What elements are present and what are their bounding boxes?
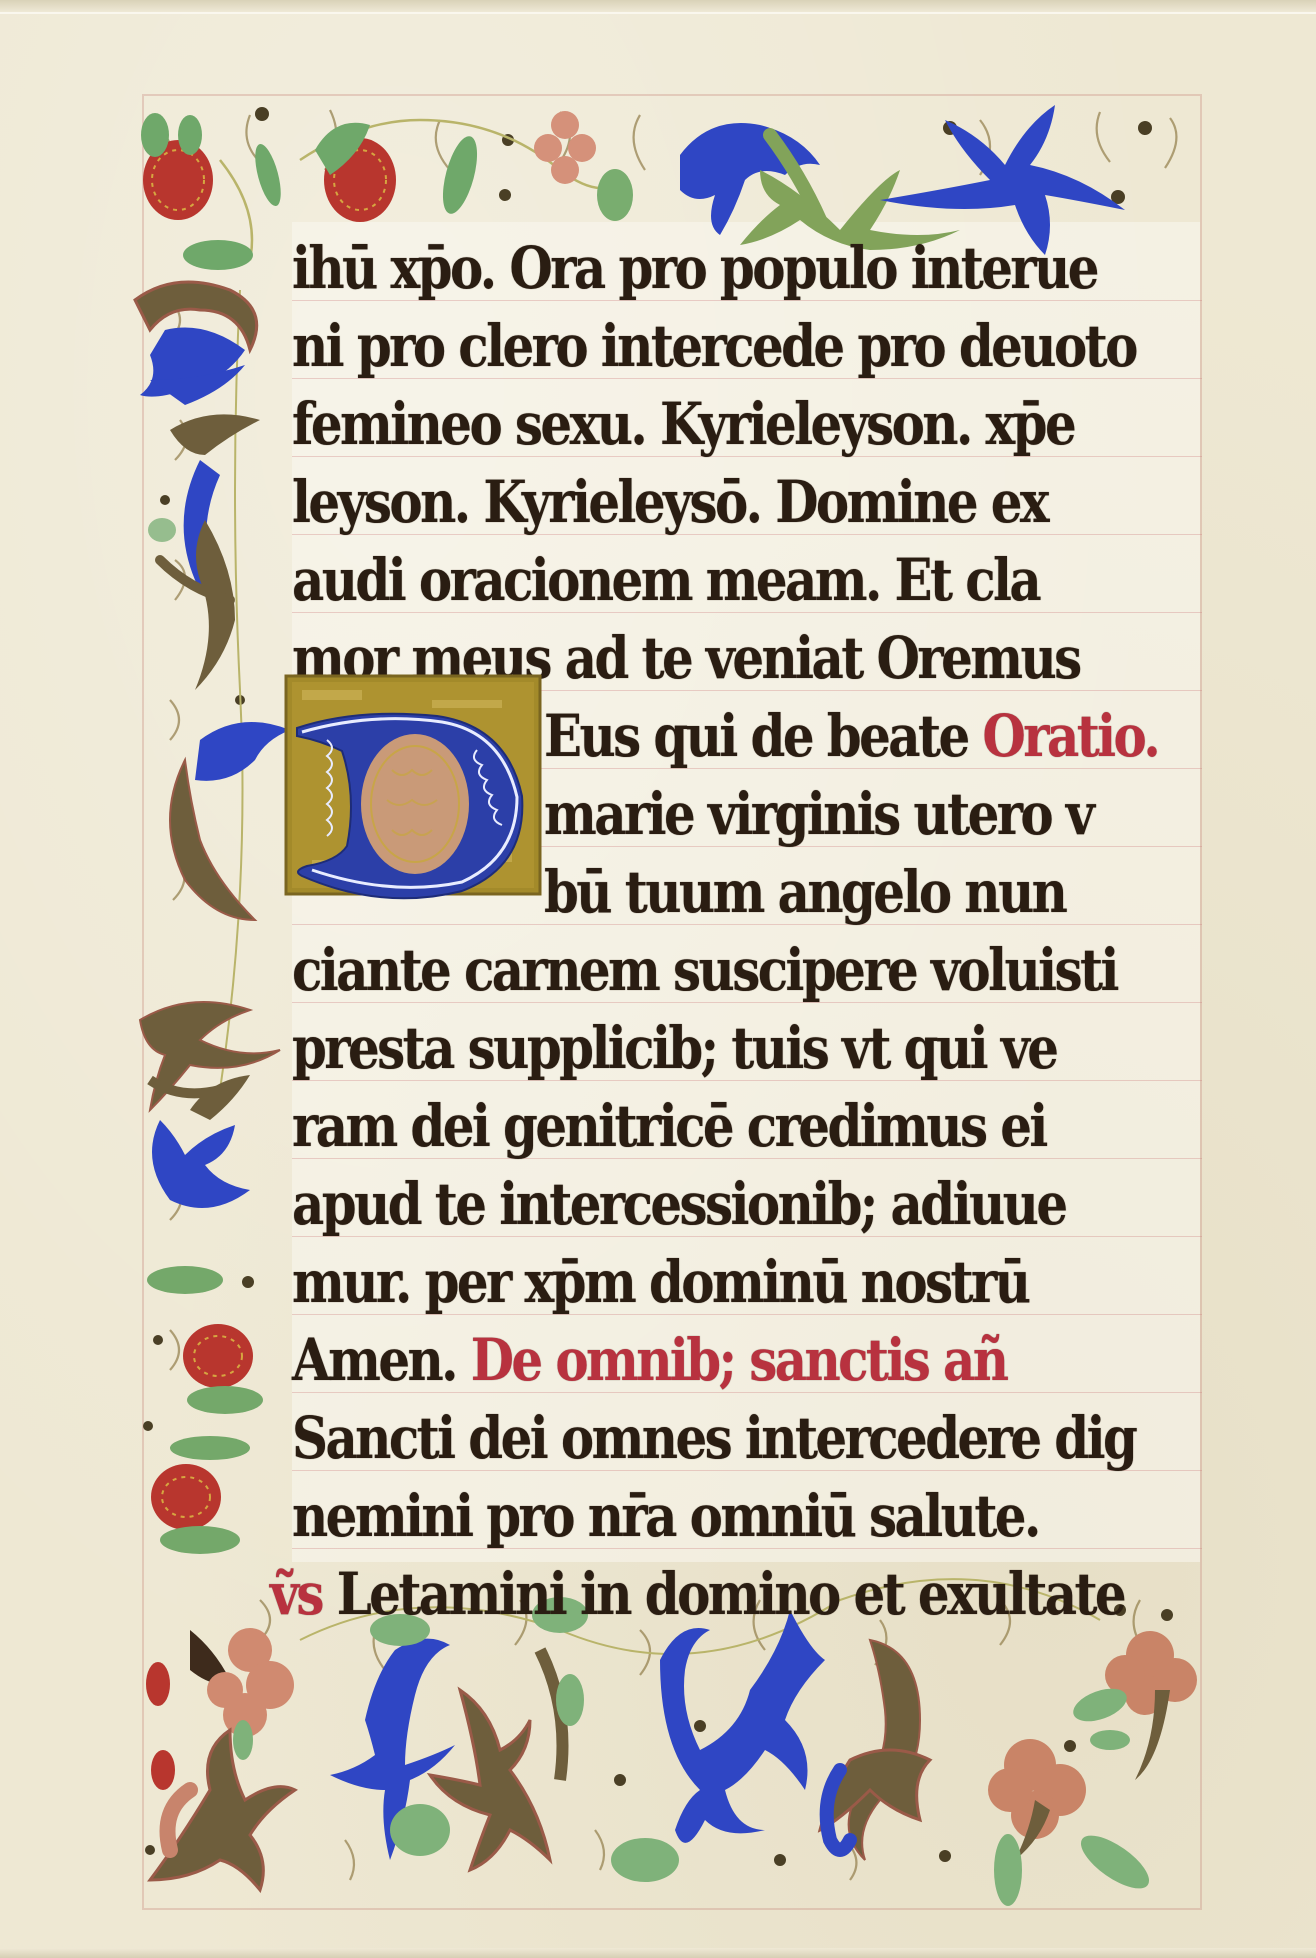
line-text: leyson. Kyrieleysō. Domine ex (292, 468, 1047, 536)
line-text: femineo sexu. Kyrieleyson. xp̄e (292, 390, 1074, 458)
left-border (135, 282, 290, 1554)
line-text: bū tuum angelo nun (544, 858, 1065, 926)
line-text: audi oracionem meam. Et cla (292, 546, 1039, 614)
line-text: ram dei genitricē credimus ei (292, 1092, 1046, 1160)
text-line: Sancti dei omnes intercedere dig (292, 1398, 1135, 1478)
line-text: ni pro clero intercede pro deuoto (292, 312, 1136, 380)
line-text: Amen. (292, 1326, 471, 1394)
text-line: presta supplicib; tuis vt qui ve (292, 1008, 1056, 1088)
line-text: presta supplicib; tuis vt qui ve (292, 1014, 1056, 1082)
text-line: Amen. De omnib; sanctis añ (292, 1320, 1006, 1400)
line-text: Sancti dei omnes intercedere dig (292, 1404, 1135, 1472)
text-line: mur. per xp̄m dominū nostrū (292, 1242, 1028, 1322)
text-line: ṽs Letamini in domino et exultate (270, 1554, 1124, 1634)
text-line: ni pro clero intercede pro deuoto (292, 306, 1136, 386)
text-line: femineo sexu. Kyrieleyson. xp̄e (292, 384, 1074, 464)
line-text: ciante carnem suscipere voluisti (292, 936, 1117, 1004)
text-line: leyson. Kyrieleysō. Domine ex (292, 462, 1047, 542)
rubric-oratio: Oratio. (982, 702, 1158, 770)
line-text: mur. per xp̄m dominū nostrū (292, 1248, 1028, 1316)
text-line: ciante carnem suscipere voluisti (292, 930, 1117, 1010)
text-line: ram dei genitricē credimus ei (292, 1086, 1046, 1166)
line-text: ihū xp̄o. Ora pro populo interue (292, 234, 1097, 302)
text-line: nemini pro nr̄a omniū salute. (292, 1476, 1039, 1556)
text-line: ihū xp̄o. Ora pro populo interue (292, 228, 1097, 308)
line-text: apud te intercessionib; adiuue (292, 1170, 1065, 1238)
line-text: Letamini in domino et exultate (337, 1560, 1124, 1628)
text-line: bū tuum angelo nun (544, 852, 1065, 932)
line-text: nemini pro nr̄a omniū salute. (292, 1482, 1039, 1550)
text-line: Eus qui de beate Oratio. (544, 696, 1158, 776)
illuminated-initial-d (282, 670, 544, 900)
text-line: marie virginis utero v (544, 774, 1092, 854)
rubric-versicle: ṽs (270, 1560, 337, 1628)
text-line: audi oracionem meam. Et cla (292, 540, 1039, 620)
line-text: Eus qui de beate (544, 702, 982, 770)
manuscript-page: ihū xp̄o. Ora pro populo interue ni pro … (0, 0, 1316, 1958)
rubric-de-omnibus-sanctis: De omnib; sanctis añ (471, 1326, 1007, 1394)
text-line: apud te intercessionib; adiuue (292, 1164, 1065, 1244)
line-text: marie virginis utero v (544, 780, 1092, 848)
